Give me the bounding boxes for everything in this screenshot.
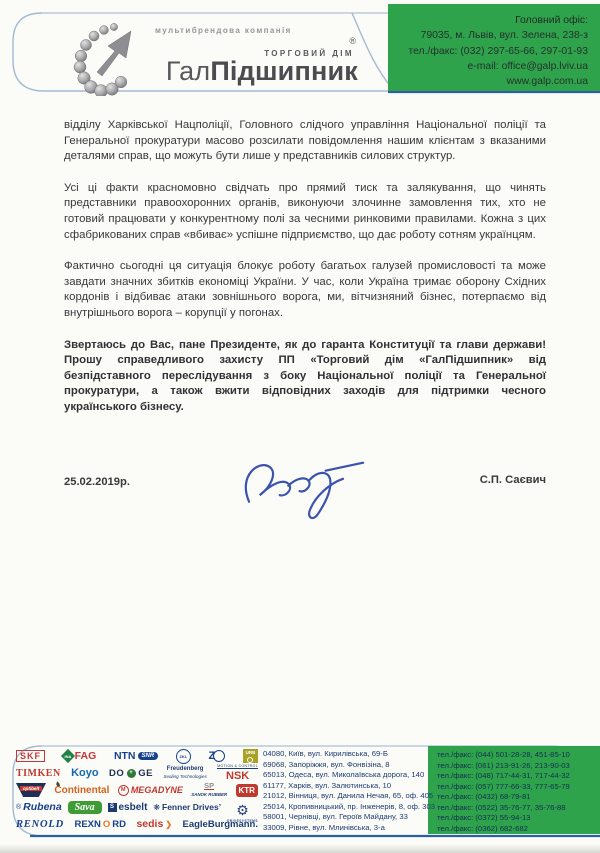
handwritten-signature	[222, 448, 381, 531]
brand-logo-urb: URB	[243, 749, 258, 763]
brand-row-4: ® Rubena Sava S esbelt ❋ Fenner Drives’ …	[16, 799, 258, 815]
branch-addresses-column: 04080, Київ, вул. Кирилівська, 69-Б 6906…	[263, 749, 433, 833]
brand-logo-renold: RENOLD	[16, 819, 64, 830]
brand-logo-ntn-snr: NTN SNR	[114, 750, 158, 762]
branch-phone: тел./факс: (0372) 55-94-13	[437, 813, 600, 824]
letter-date: 25.02.2019р.	[64, 476, 130, 488]
brand-logo-zkl: ZKL	[176, 749, 191, 764]
brand-logo-optibelt: optibelt	[16, 783, 46, 797]
brand-logo-freudenberg: Freudenberg Sealing Technologies	[163, 767, 207, 780]
esbelt-square-icon: S	[108, 803, 117, 812]
company-name-bold: Підшипник	[210, 56, 358, 86]
brand-logo-nsk: MOTION & CONTROL NSK	[217, 764, 258, 782]
brand-logo-sava: Sava	[68, 801, 102, 814]
brand-logo-esbelt: S esbelt	[108, 802, 148, 813]
brand-logo-nord-drivesystems: ⚙ DRIVESYSTEMS	[227, 804, 258, 824]
megadyne-m-icon: M	[118, 785, 129, 796]
branch-phone: тел./факс: (044) 501-28-28, 451-85-10	[437, 750, 600, 761]
branch-phone: тел./факс: (061) 213-91-26, 213-90-03	[437, 761, 600, 772]
brand-row-3: optibelt ♞ Continental M MEGADYNE SP SAN…	[16, 782, 258, 798]
brand-row-2: TIMKEN Koyo DO+GE Freudenberg Sealing Te…	[16, 765, 258, 781]
brand-logo-timken: TIMKEN	[16, 768, 61, 779]
branch-phone: тел./факс: (0362) 682-682	[437, 824, 600, 835]
company-name: ГалПідшипник	[166, 56, 358, 87]
branch-address: 69068, Запоріжжя, вул. Фонвізіна, 8	[263, 760, 433, 771]
head-office-address: 79035, м. Львів, вул. Зелена, 238-з	[388, 28, 588, 43]
brand-logo-zvl: Z	[209, 750, 226, 762]
brand-logo-continental: ♞ Continental	[54, 785, 109, 796]
paragraph-1: відділу Харківської Нацполіції, Головног…	[64, 118, 546, 165]
branch-phone: тел./факс: (0522) 35-76-77, 35-76-88	[437, 803, 600, 814]
bearing-logo-icon	[57, 16, 149, 96]
brand-logo-ktr: KTR	[236, 784, 258, 797]
branch-phone: тел./факс: (057) 777-66-33, 777-65-79	[437, 782, 600, 793]
branch-phones-column: тел./факс: (044) 501-28-28, 451-85-10 те…	[428, 746, 600, 834]
company-tagline: мультибрендова компанія	[155, 26, 292, 35]
registered-trademark: ®	[349, 36, 356, 46]
head-office-contact-block: Головний офіс: 79035, м. Львів, вул. Зел…	[388, 4, 600, 91]
head-office-phone: тел./факс: (032) 297-65-66, 297-01-93	[388, 44, 588, 59]
zvl-ring-icon	[213, 750, 225, 762]
sedis-swoosh-icon: ❯	[165, 820, 172, 829]
brand-logo-koyo: Koyo	[71, 767, 99, 779]
dodge-globe-icon: +	[127, 769, 136, 778]
scanned-letter-page: мультибрендова компанія ® ТОРГОВИЙ ДІМ Г…	[0, 0, 600, 853]
company-name-regular: Гал	[166, 56, 210, 86]
ina-diamond-icon: INA	[61, 749, 75, 763]
head-office-title: Головний офіс:	[388, 13, 588, 28]
company-logo: мультибрендова компанія ® ТОРГОВИЙ ДІМ Г…	[55, 10, 360, 98]
paragraph-4-appeal: Звертаюсь до Вас, пане Президенте, як до…	[64, 338, 546, 416]
brand-logo-grid: SKF INA FAG NTN SNR ZKL Z URB TIMKEN	[16, 748, 258, 832]
branch-address: 21012, Вінниця, вул. Данила Нечая, 65, о…	[263, 791, 433, 802]
brand-logo-sedis: sedis ❯	[136, 818, 172, 830]
gear-icon: ⚙	[236, 804, 249, 817]
urb-ring-icon	[247, 757, 253, 763]
brand-logo-dodge: DO+GE	[109, 768, 153, 779]
paragraph-2: Усі ці факти красномовно свідчать про пр…	[64, 181, 546, 243]
continental-horse-icon: ♞	[55, 781, 60, 788]
brand-logo-ina-fag: INA FAG	[63, 750, 97, 762]
branch-address: 65013, Одеса, вул. Миколаївська дорога, …	[263, 770, 433, 781]
brand-logo-fenner-drives: ❋ Fenner Drives’	[153, 802, 221, 812]
head-office-website: www.galp.com.ua	[388, 74, 588, 89]
paragraph-3: Фактично сьогодні ця ситуація блокує роб…	[64, 259, 546, 321]
fenner-snowflake-icon: ❋	[153, 803, 160, 812]
letter-body: відділу Харківської Нацполіції, Головног…	[64, 118, 546, 432]
signatory-name: С.П. Саєвич	[480, 474, 546, 486]
brand-logo-megadyne: M MEGADYNE	[118, 785, 183, 796]
brand-row-1: SKF INA FAG NTN SNR ZKL Z URB	[16, 748, 258, 764]
branch-phone: тел./факс: (048) 717-44-31, 717-44-32	[437, 771, 600, 782]
branch-address: 33009, Рівне, вул. Млинівська, 3-а	[263, 823, 433, 834]
head-office-email: e-mail: office@galp.lviv.ua	[388, 59, 588, 74]
brand-row-5: RENOLD REXNORD sedis ❯ EagleBurgmann.	[16, 816, 258, 832]
brand-logo-skf: SKF	[16, 750, 45, 762]
branch-address: 25014, Кропивницький, пр. Інженерів, 8, …	[263, 802, 433, 813]
registered-icon: ®	[16, 804, 21, 811]
brand-logo-sanok-rubber: SP SANOK RUBBER	[191, 783, 227, 798]
branch-address: 58001, Чернівці, вул. Героїв Майдану, 33	[263, 812, 433, 823]
brand-logo-rexnord: REXNORD	[74, 819, 126, 830]
signature-row: 25.02.2019р. С.П. Саєвич	[64, 470, 546, 540]
brand-logo-rubena: ® Rubena	[16, 801, 62, 813]
branch-address: 61177, Харків, вул. Залютинська, 10	[263, 781, 433, 792]
branch-address: 04080, Київ, вул. Кирилівська, 69-Б	[263, 749, 433, 760]
branch-phone: тел./факс: (0432) 68-79-81	[437, 792, 600, 803]
